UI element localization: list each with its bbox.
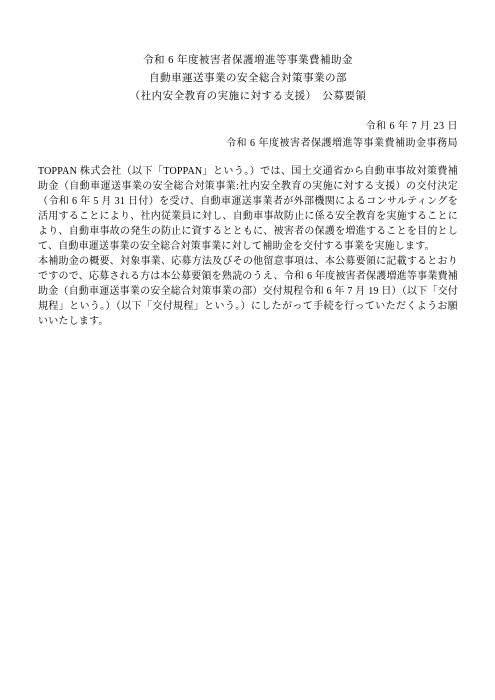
document-body: TOPPAN 株式会社（以下「TOPPAN」という。）では、国土交通省から自動車… <box>38 164 458 329</box>
document-page: 令和 6 年度被害者保護増進等事業費補助金 自動車運送事業の安全総合対策事業の部… <box>0 0 495 700</box>
body-paragraph-2: 本補助金の概要、対象事業、応募方法及びその他留意事項は、本公募要領に記載するとお… <box>38 254 458 329</box>
document-meta: 令和 6 年 7 月 23 日 令和 6 年度被害者保護増進等事業費補助金事務局 <box>38 118 458 152</box>
document-title-line-2: 自動車運送事業の安全総合対策事業の部 <box>38 70 458 88</box>
document-title-line-1: 令和 6 年度被害者保護増進等事業費補助金 <box>38 52 458 70</box>
document-title-line-3: （社内安全教育の実施に対する支援） 公募要領 <box>38 88 458 106</box>
body-paragraph-1: TOPPAN 株式会社（以下「TOPPAN」という。）では、国土交通省から自動車… <box>38 164 458 254</box>
document-date: 令和 6 年 7 月 23 日 <box>38 118 458 135</box>
document-issuer: 令和 6 年度被害者保護増進等事業費補助金事務局 <box>38 135 458 152</box>
document-title: 令和 6 年度被害者保護増進等事業費補助金 自動車運送事業の安全総合対策事業の部… <box>38 52 458 106</box>
